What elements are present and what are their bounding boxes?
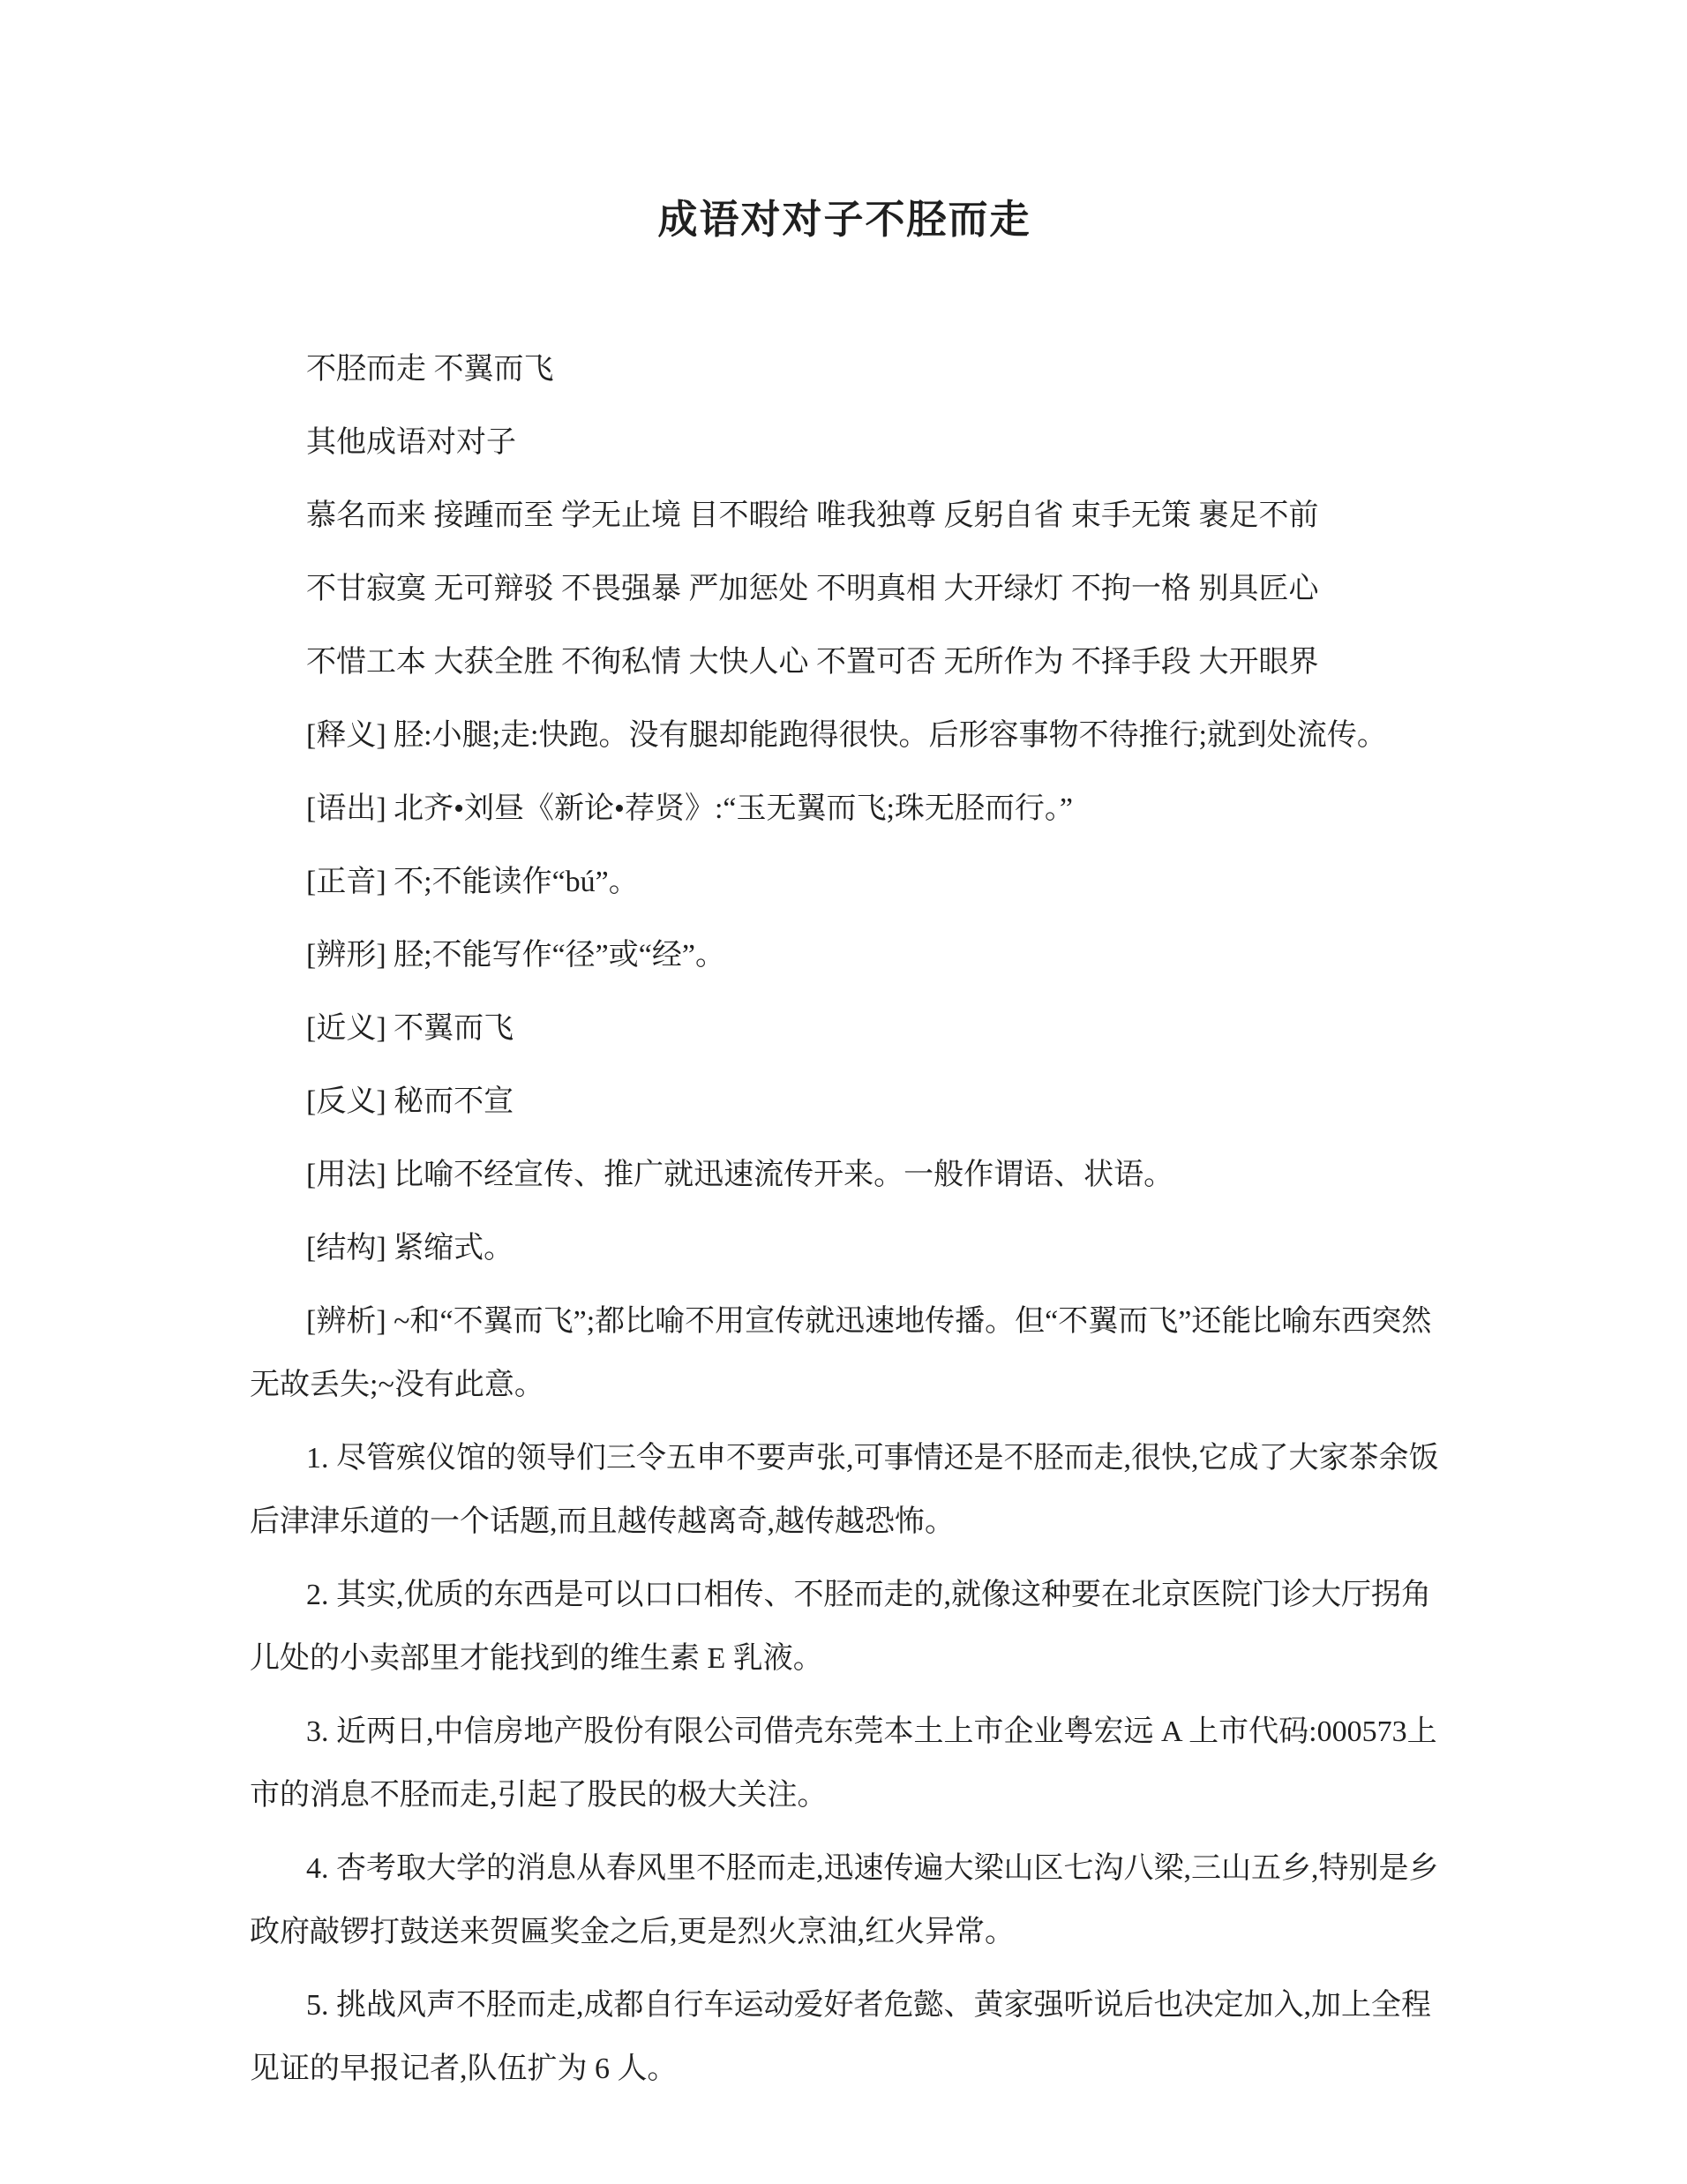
page-title: 成语对对子不胫而走 [250,0,1439,244]
definition-line: [释义] 胫:小腿;走:快跑。没有腿却能跑得很快。后形容事物不待推行;就到处流传… [250,704,1439,768]
form-discrimination-line: [辨形] 胫;不能写作“径”或“经”。 [250,924,1439,987]
idiom-list-line: 不惜工本 大获全胜 不徇私情 大快人心 不置可否 无所作为 不择手段 大开眼界 [250,631,1439,694]
example-sentence-4: 4. 杏考取大学的消息从春风里不胫而走,迅速传遍大梁山区七沟八梁,三山五乡,特别… [250,1837,1439,1964]
source-line: [语出] 北齐•刘昼《新论•荐贤》:“玉无翼而飞;珠无胫而行。” [250,777,1439,841]
pronunciation-line: [正音] 不;不能读作“bú”。 [250,851,1439,914]
synonym-line: [近义] 不翼而飞 [250,997,1439,1061]
idiom-list-line: 不甘寂寞 无可辩驳 不畏强暴 严加惩处 不明真相 大开绿灯 不拘一格 别具匠心 [250,558,1439,621]
example-sentence-1: 1. 尽管殡仪馆的领导们三令五申不要声张,可事情还是不胫而走,很快,它成了大家茶… [250,1427,1439,1554]
example-sentence-3: 3. 近两日,中信房地产股份有限公司借壳东莞本土上市企业粤宏远 A 上市代码:0… [250,1700,1439,1828]
antonym-line: [反义] 秘而不宣 [250,1070,1439,1134]
analysis-paragraph: [辨析] ~和“不翼而飞”;都比喻不用宣传就迅速地传播。但“不翼而飞”还能比喻东… [250,1290,1439,1417]
idiom-pair-line: 不胫而走 不翼而飞 [250,338,1439,402]
document-page: 成语对对子不胫而走 不胫而走 不翼而飞 其他成语对对子 慕名而来 接踵而至 学无… [0,0,1687,2184]
example-sentence-2: 2. 其实,优质的东西是可以口口相传、不胫而走的,就像这种要在北京医院门诊大厅拐… [250,1564,1439,1691]
usage-line: [用法] 比喻不经宣传、推广就迅速流传开来。一般作谓语、状语。 [250,1144,1439,1207]
example-sentence-5: 5. 挑战风声不胫而走,成都自行车运动爱好者危懿、黄家强听说后也决定加入,加上全… [250,1974,1439,2101]
document-body: 不胫而走 不翼而飞 其他成语对对子 慕名而来 接踵而至 学无止境 目不暇给 唯我… [250,338,1439,2101]
structure-line: [结构] 紧缩式。 [250,1217,1439,1280]
section-subtitle: 其他成语对对子 [250,411,1439,475]
idiom-list-line: 慕名而来 接踵而至 学无止境 目不暇给 唯我独尊 反躬自省 束手无策 裹足不前 [250,484,1439,548]
